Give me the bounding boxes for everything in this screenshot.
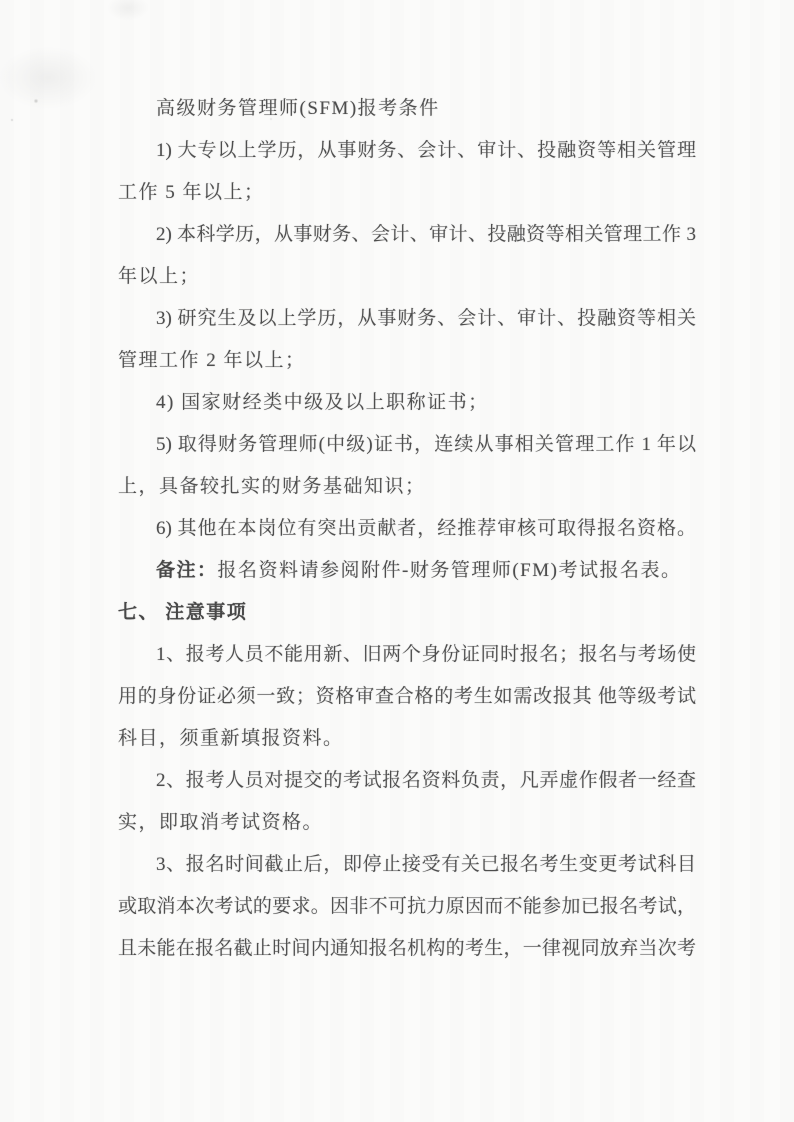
notice-2-line-1: 2、报考人员对提交的考试报名资料负责，凡弄虚作假者一经查 bbox=[118, 760, 696, 802]
requirement-3-line-2: 管理工作 2 年以上； bbox=[118, 340, 696, 382]
requirement-4-line-1: 4) 国家财经类中级及以上职称证书； bbox=[118, 382, 696, 424]
requirement-1-line-2: 工作 5 年以上； bbox=[118, 172, 696, 214]
notice-3-line-2: 或取消本次考试的要求。因非不可抗力原因而不能参加已报名考试， bbox=[118, 886, 696, 928]
document-page: 高级财务管理师(SFM)报考条件 1) 大专以上学历，从事财务、会计、审计、投融… bbox=[0, 0, 794, 1122]
requirement-2-line-2: 年以上； bbox=[118, 256, 696, 298]
notice-3-line-1: 3、报名时间截止后，即停止接受有关已报名考生变更考试科目 bbox=[118, 844, 696, 886]
document-text-block: 高级财务管理师(SFM)报考条件 1) 大专以上学历，从事财务、会计、审计、投融… bbox=[118, 88, 696, 970]
requirement-1-line-1: 1) 大专以上学历，从事财务、会计、审计、投融资等相关管理 bbox=[118, 130, 696, 172]
requirement-6-line-1: 6) 其他在本岗位有突出贡献者，经推荐审核可取得报名资格。 bbox=[118, 508, 696, 550]
notice-2-line-2: 实，即取消考试资格。 bbox=[118, 802, 696, 844]
note-text: 报名资料请参阅附件-财务管理师(FM)考试报名表。 bbox=[218, 560, 682, 581]
requirement-3-line-1: 3) 研究生及以上学历，从事财务、会计、审计、投融资等相关 bbox=[118, 298, 696, 340]
requirement-5-line-1: 5) 取得财务管理师(中级)证书，连续从事相关管理工作 1 年以 bbox=[118, 424, 696, 466]
document-title: 高级财务管理师(SFM)报考条件 bbox=[118, 88, 696, 130]
notice-1-line-1: 1、报考人员不能用新、旧两个身份证同时报名；报名与考场使 bbox=[118, 634, 696, 676]
note-line: 备注：报名资料请参阅附件-财务管理师(FM)考试报名表。 bbox=[118, 550, 696, 592]
note-label: 备注： bbox=[156, 560, 218, 581]
section-heading-notices: 七、 注意事项 bbox=[118, 592, 696, 634]
requirement-2-line-1: 2) 本科学历，从事财务、会计、审计、投融资等相关管理工作 3 bbox=[118, 214, 696, 256]
notice-1-line-2: 用的身份证必须一致；资格审查合格的考生如需改报其 他等级考试 bbox=[118, 676, 696, 718]
requirement-5-line-2: 上，具备较扎实的财务基础知识； bbox=[118, 466, 696, 508]
notice-1-line-3: 科目，须重新填报资料。 bbox=[118, 718, 696, 760]
notice-3-line-3: 且未能在报名截止时间内通知报名机构的考生，一律视同放弃当次考 bbox=[118, 928, 696, 970]
